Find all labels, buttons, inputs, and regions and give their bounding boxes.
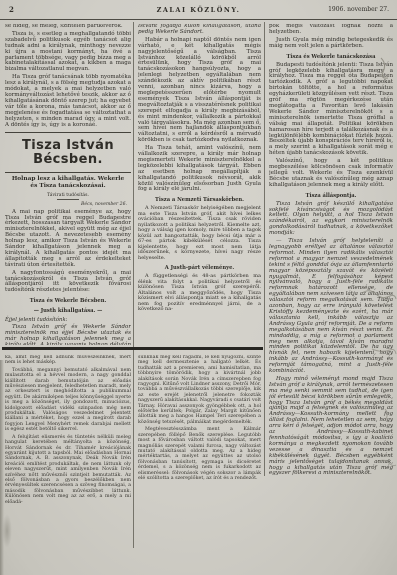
editorial-paragraph: Ha Tisza gróf tanácsának több nyomatéka … xyxy=(5,75,131,128)
article-paragraph-italic: Hogy minő véleményt mond majd Tisza Istv… xyxy=(269,377,393,476)
article-paragraph: pok mégis változást fognak hozni a helyz… xyxy=(269,24,393,36)
article-paragraph-italic: Tisza István gróf készülő kihallgatása s… xyxy=(269,202,393,237)
column-1-feuilleton: ka, amit meg kell adnunk művészeinknek, … xyxy=(5,355,131,547)
article-headline: Tisza István Bécsben. xyxy=(5,139,131,167)
feuilleton-paragraph: Megtévesztésszámba ment a Kálmár szerepé… xyxy=(138,427,261,481)
section-subhead: — Justh kihallgatása. — xyxy=(5,308,131,314)
column-divider-2 xyxy=(264,22,265,476)
article-paragraph: Justh Gyula még mindig betegeskedik és m… xyxy=(269,38,393,50)
scan-smudge xyxy=(2,514,12,548)
article-paragraph-italic: Istvánt fogadja külön kihallgatáson, utá… xyxy=(138,24,261,36)
feuilleton-paragraph: A felujítást elismerés és tüntetés nélkü… xyxy=(5,435,131,505)
dateline: Bécs, november 26. xyxy=(5,202,127,207)
editorial-paragraph: Tisza is, s esetleg a meghallgatandó töb… xyxy=(5,32,131,73)
column-2-feuilleton: sunknak meg kell ragadni, le kell nyűgöz… xyxy=(138,355,261,503)
column-3: pok mégis változást fognak hozni a helyz… xyxy=(269,24,393,476)
article-paragraph-italic: — Tisza István gróf helyteleníti a legna… xyxy=(269,239,393,375)
article-paragraph-italic: Tisza István gróf és Wekerle Sándor mini… xyxy=(5,325,131,345)
wire-note: Távirati tudósítás. xyxy=(5,193,131,198)
article-paragraph: A nagyfontosságú eseményekről, a mai tan… xyxy=(5,271,131,295)
article-paragraph-small: A függetlenségi és 48-as pártkörben ma é… xyxy=(138,274,261,313)
article-headline-block: Tisza István Bécsben. xyxy=(5,132,131,173)
section-subhead: Tisza és Wekerle tanácskozása xyxy=(269,54,393,60)
feuilleton-paragraph: ka, amit meg kell adnunk művészeinknek, … xyxy=(5,355,131,366)
feuilleton-rule xyxy=(2,347,263,350)
article-paragraph: Habár a holnapi naptól döntés nem igen v… xyxy=(138,38,261,144)
section-subhead: A Justh-párt véleménye. xyxy=(138,265,261,271)
feuilleton-paragraph: Továbbá, megannyi bemutató alkalmával ne… xyxy=(5,368,131,433)
scanned-content: 2 ZALAI KÖZLÖNY. 1906. november 27. se h… xyxy=(0,0,397,575)
header-rule xyxy=(0,19,397,20)
editorial-paragraph: se hideg, se meleg, színtelen pártkeverő… xyxy=(5,24,131,30)
section-subhead: Tisza és Wekerle Bécsben. xyxy=(5,298,131,304)
column-1-top: se hideg, se meleg, színtelen pártkeverő… xyxy=(5,24,131,345)
issue-date: 1906. november 27. xyxy=(328,6,389,13)
column-2-top: Istvánt fogadja külön kihallgatáson, utá… xyxy=(138,24,261,345)
section-subhead: Tisza álláspontja. xyxy=(269,193,393,199)
feuilleton-paragraph: sunknak meg kell ragadni, le kell nyűgöz… xyxy=(138,355,261,425)
newspaper-page: 2 ZALAI KÖZLÖNY. 1906. november 27. se h… xyxy=(0,0,397,575)
article-subhead: Holnap lesz a kihallgatás. Wekerle és Ti… xyxy=(9,176,127,189)
article-paragraph: Budapesti tudósítónk jelenti: Tisza Istv… xyxy=(269,63,393,158)
article-paragraph-small: A Nemzeti Társaskör helyiségében megjele… xyxy=(138,206,261,261)
section-subhead: Tisza a Nemzeti Társaskörben. xyxy=(138,197,261,203)
column-divider-1 xyxy=(133,22,134,548)
article-paragraph: Ha Tisza tehát, amint valószínű, nem vál… xyxy=(138,146,261,193)
article-paragraph: A mai nap politikai eseménye az, hogy Ti… xyxy=(5,210,131,269)
wire-divider xyxy=(57,199,79,200)
lead-in: Éjjel jelenti tudósítónk: xyxy=(5,317,131,323)
article-paragraph: Valószínű, hogy a két politikus megbeszé… xyxy=(269,159,393,189)
